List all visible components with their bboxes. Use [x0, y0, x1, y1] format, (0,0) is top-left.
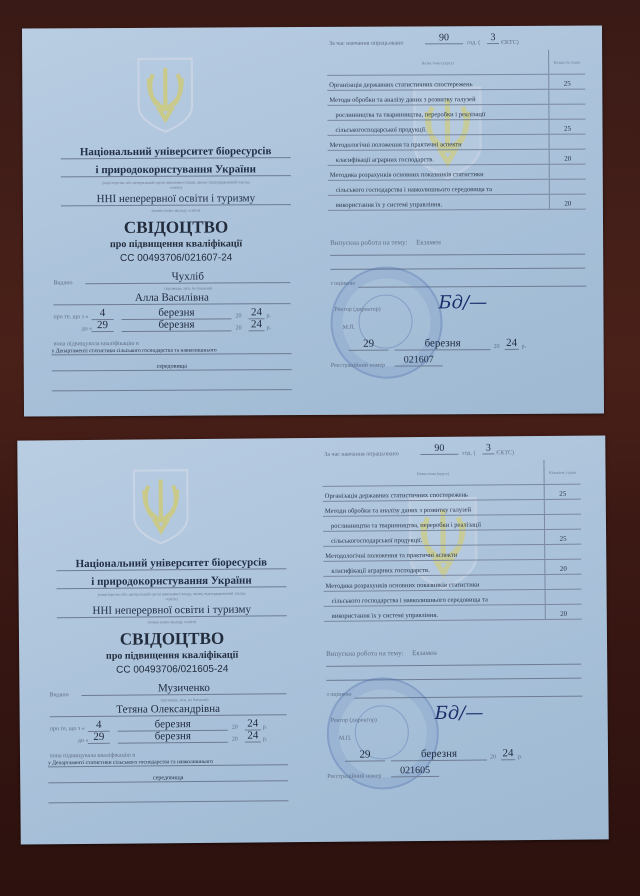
- final-work-label: Випускна робота на тему:: [330, 239, 407, 247]
- course-hours: 25: [544, 484, 581, 499]
- course-topic: Організація державних статистичних спост…: [327, 74, 549, 90]
- hours-unit: год. (: [467, 40, 480, 46]
- course-hours: 25: [549, 74, 586, 89]
- ects-unit: ЄКТС): [501, 40, 519, 46]
- course-hours: 20: [549, 194, 586, 209]
- year-suffix: р.: [522, 344, 527, 350]
- qualification-place-line2: середовища: [52, 363, 292, 371]
- qualification-label: вона підвищувала кваліфікацію в: [50, 753, 135, 760]
- course-hours: 25: [545, 529, 582, 544]
- year-prefix: 20: [232, 737, 238, 743]
- registration-label: Реєстраційний номер: [327, 773, 381, 779]
- sign-month: березня: [395, 337, 491, 351]
- course-hours: [544, 499, 581, 514]
- table-row: Методика розрахунків основних показників…: [328, 164, 586, 180]
- certificate-right-page: За час навчання опрацьовано 90 год. ( 3 …: [322, 436, 599, 842]
- table-head-hours: Кількість годин: [549, 50, 586, 75]
- sign-day: 29: [349, 338, 389, 351]
- given-names-field: Тетяна Олександрівна: [50, 702, 287, 717]
- name-caption: (прізвище, ім'я, по батькові): [129, 697, 239, 703]
- table-row: Організація державних статистичних спост…: [327, 74, 585, 90]
- registration-number: 021605: [391, 765, 439, 777]
- year-prefix: 20: [235, 313, 241, 319]
- seal-label: М.П.: [339, 736, 352, 742]
- table-row: класифікації аграрних господарств.20: [328, 149, 586, 165]
- year-suffix: р.: [266, 313, 271, 319]
- hours-label: За час навчання опрацьовано: [324, 451, 398, 458]
- course-hours: 20: [549, 149, 586, 164]
- course-hours: [544, 514, 581, 529]
- table-head-hours: Кількість годин: [544, 460, 581, 485]
- year-suffix: р.: [518, 754, 523, 760]
- year-prefix: 20: [490, 754, 496, 760]
- course-topic: рослинництва та тваринництва, переробки …: [327, 104, 549, 120]
- qualification-place-line2: середовища: [48, 774, 288, 783]
- course-hours: [549, 134, 586, 149]
- to-month: березня: [122, 318, 232, 332]
- course-topic: Методи обробки та аналізу даних з розвит…: [327, 89, 549, 105]
- issued-label: Видано: [53, 280, 72, 286]
- trident-emblem-icon: [129, 467, 192, 546]
- course-hours: [549, 179, 586, 194]
- final-work-value: Екзамен: [416, 238, 441, 246]
- course-topic: Методологічні положення та практичні асп…: [328, 134, 550, 150]
- course-topic: Методика розрахунків основних показників…: [328, 164, 550, 180]
- course-hours: 20: [545, 559, 582, 574]
- course-hours: [549, 164, 586, 179]
- year-suffix: р.: [263, 736, 268, 742]
- name-caption: (прізвище, ім'я, по батькові): [133, 285, 243, 291]
- table-row: сільського господарства і навколишнього …: [328, 179, 586, 195]
- rector-label: Ректор (директор): [334, 307, 380, 313]
- table-row: використання їх у системі управління.20: [328, 194, 586, 210]
- certificate-left-page: Національний університет біоресурсів і п…: [22, 27, 319, 417]
- sign-month: березня: [391, 747, 487, 761]
- course-hours: [545, 574, 582, 589]
- document-title: СВІДОЦТВО: [61, 217, 291, 238]
- to-day: 29: [88, 731, 110, 744]
- university-name-line1: Національний університет біоресурсів: [56, 556, 286, 571]
- university-name-line2: і природокористування України: [61, 163, 291, 177]
- blank-line: [52, 389, 292, 391]
- blank-line: [48, 800, 288, 803]
- final-work-value: Екзамен: [412, 649, 437, 657]
- ministry-caption: (міністерство або центральний орган вико…: [97, 591, 247, 602]
- blank-line: [326, 664, 581, 667]
- blank-line: [330, 254, 585, 256]
- qualification-place-line1: у Департаменті статистики сільського гос…: [52, 347, 292, 355]
- year-suffix: р.: [267, 325, 272, 331]
- course-topic: сільськогосподарської продукції.: [327, 119, 549, 135]
- certificate-right-page: За час навчання опрацьовано 90 год. ( 3 …: [327, 26, 594, 415]
- signature: Бд/—: [438, 292, 487, 313]
- courses-table: Назва теми (курсу)Кількість годинОрганіз…: [322, 460, 581, 622]
- seal-label: М.П.: [343, 325, 356, 331]
- to-month: березня: [118, 730, 228, 744]
- certificate-left-page: Національний університет біоресурсів і п…: [17, 438, 316, 845]
- institute-name: ННІ неперервної освіти і туризму: [61, 192, 291, 206]
- course-topic: використання їх у системі управління.: [328, 194, 550, 210]
- issued-label: Видано: [49, 692, 68, 698]
- course-hours: 20: [545, 604, 582, 619]
- period-to-label: до «: [82, 326, 93, 332]
- university-name-line2: і природокористування України: [56, 574, 286, 589]
- registration-number: 021607: [395, 354, 443, 366]
- table-head-topic: Назва теми (курсу): [327, 50, 549, 76]
- course-hours: [545, 589, 582, 604]
- hours-unit: год. (: [462, 451, 475, 457]
- year-prefix: 20: [236, 325, 242, 331]
- year-prefix: 20: [232, 725, 238, 731]
- university-name-line1: Національний університет біоресурсів: [61, 145, 291, 159]
- table-row: сільськогосподарської продукції.25: [327, 119, 585, 135]
- period-from-label: про те, що з «: [50, 726, 85, 732]
- rector-label: Ректор (директор): [331, 717, 377, 723]
- ministry-caption: (міністерство або центральний орган вико…: [101, 179, 251, 190]
- ects-value: 3: [487, 32, 499, 44]
- registration-label: Реєстраційний номер: [331, 363, 385, 369]
- table-row: використання їх у системі управління.20: [324, 604, 582, 621]
- courses-table: Назва теми (курсу)Кількість годинОрганіз…: [327, 50, 586, 211]
- qualification-place-line1: у Департаменті статистики сільського гос…: [48, 758, 288, 767]
- institute-caption: (повна назва закладу освіти): [101, 207, 251, 213]
- trident-emblem-icon: [134, 56, 196, 134]
- hours-value: 90: [420, 443, 458, 455]
- document-title: СВІДОЦТВО: [57, 628, 287, 650]
- to-day: 29: [92, 319, 114, 332]
- signature: Бд/—: [435, 703, 484, 724]
- final-work-label: Випускна робота на тему:: [326, 649, 403, 658]
- sign-year: 24: [501, 747, 515, 760]
- surname-field: Чухліб: [85, 270, 290, 284]
- course-topic: використання їх у системі управління.: [324, 604, 546, 621]
- ects-unit: ЄКТС): [496, 450, 514, 456]
- table-row: Методологічні положення та практичні асп…: [328, 134, 586, 150]
- sign-year: 24: [505, 337, 519, 350]
- given-names-field: Алла Василівна: [53, 291, 290, 305]
- year-suffix: р.: [263, 724, 268, 730]
- institute-caption: (повна назва закладу освіти): [97, 619, 247, 625]
- document-subtitle: про підвищення кваліфікації: [57, 649, 287, 662]
- qualification-label: вона підвищувала кваліфікацію в: [54, 341, 139, 347]
- table-row: рослинництва та тваринництва, переробки …: [327, 104, 585, 120]
- document-number: СС 00493706/021607-24: [61, 252, 291, 264]
- to-year: 24: [249, 318, 265, 331]
- course-hours: 25: [549, 119, 586, 134]
- hours-value: 90: [425, 32, 463, 44]
- ects-value: 3: [482, 442, 494, 454]
- to-year: 24: [245, 729, 261, 742]
- course-hours: [545, 544, 582, 559]
- institute-name: ННІ неперервної освіти і туризму: [57, 603, 287, 618]
- course-hours: [549, 104, 586, 119]
- period-from-label: про те, що з «: [53, 314, 88, 320]
- sign-day: 29: [345, 748, 385, 761]
- table-row: Методи обробки та аналізу даних з розвит…: [327, 89, 585, 105]
- hours-label: За час навчання опрацьовано: [329, 41, 403, 47]
- surname-field: Музиченко: [81, 681, 286, 696]
- year-prefix: 20: [494, 344, 500, 350]
- document-subtitle: про підвищення кваліфікації: [61, 238, 291, 250]
- course-hours: [549, 89, 586, 104]
- course-topic: класифікації аграрних господарств.: [328, 149, 550, 165]
- certificate-2: Національний університет біоресурсів і п…: [17, 435, 609, 844]
- course-topic: сільського господарства і навколишнього …: [328, 179, 550, 195]
- table-head-topic: Назва теми (курсу): [322, 460, 544, 486]
- document-number: СС 00493706/021605-24: [57, 663, 287, 676]
- certificate-1: Національний університет біоресурсів і п…: [22, 25, 604, 416]
